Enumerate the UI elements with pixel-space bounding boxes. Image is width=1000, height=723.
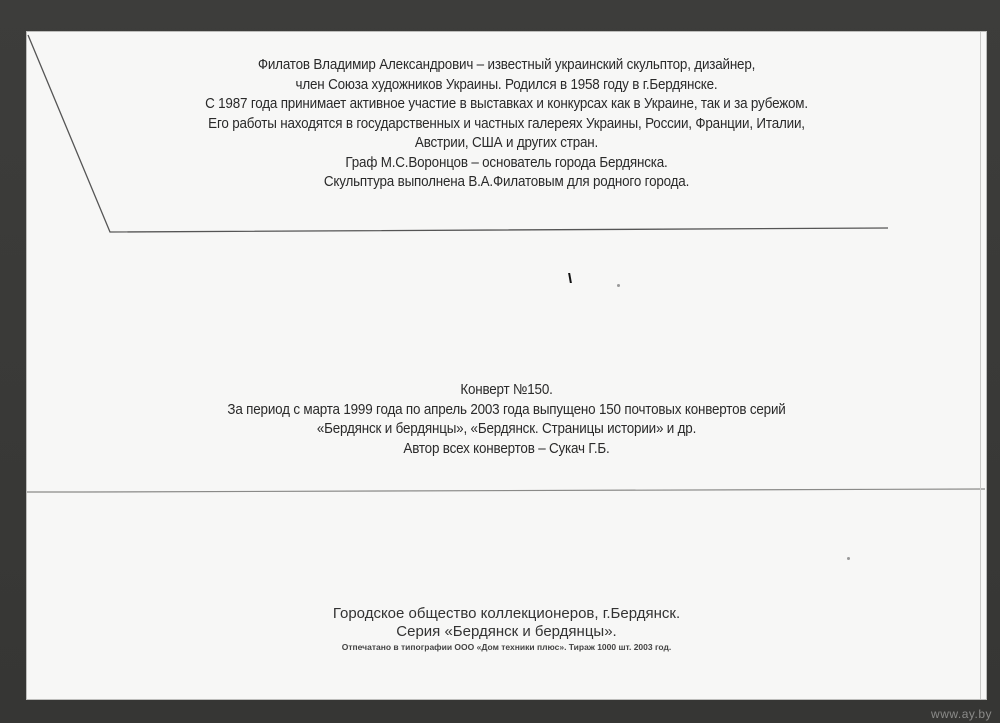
envelope-number: Конверт №150. (65, 381, 947, 401)
site-watermark: www.ay.by (931, 707, 992, 721)
publisher-society: Городское общество коллекционеров, г.Бер… (27, 605, 986, 623)
publisher-series: Серия «Бердянск и бердянцы». (27, 623, 986, 641)
bio-line: С 1987 года принимает активное участие в… (65, 95, 947, 115)
printing-imprint: Отпечатано в типографии ООО «Дом техники… (27, 641, 986, 653)
envelope-author: Автор всех конвертов – Сукач Г.Б. (65, 440, 947, 460)
bio-line: Скульптура выполнена В.А.Филатовым для р… (65, 173, 947, 193)
envelope-edge (980, 32, 981, 699)
bio-line: член Союза художников Украины. Родился в… (65, 76, 947, 96)
ink-mark (568, 273, 575, 283)
publisher-imprint: Городское общество коллекционеров, г.Бер… (27, 605, 986, 653)
info-line: За период с марта 1999 года по апрель 20… (65, 401, 947, 421)
bio-line: Филатов Владимир Александрович – известн… (65, 56, 947, 76)
bio-line: Его работы находятся в государственных и… (65, 115, 947, 135)
paper-speck (617, 284, 620, 287)
sculptor-biography: Филатов Владимир Александрович – известн… (65, 56, 947, 193)
envelope-back: Филатов Владимир Александрович – известн… (27, 32, 986, 699)
paper-speck (847, 557, 850, 560)
bio-line: Граф М.С.Воронцов – основатель города Бе… (65, 154, 947, 174)
envelope-series-info: Конверт №150. За период с марта 1999 год… (65, 381, 947, 459)
info-line: «Бердянск и бердянцы», «Бердянск. Страни… (65, 420, 947, 440)
bio-line: Австрии, США и других стран. (65, 134, 947, 154)
